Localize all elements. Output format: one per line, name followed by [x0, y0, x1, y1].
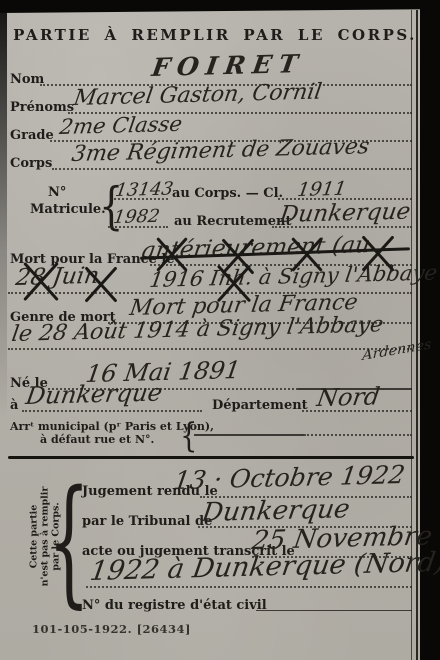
- arr-line-dots: [304, 434, 412, 436]
- scan-top-edge: [0, 0, 440, 13]
- crossout-mark-5: [16, 262, 66, 298]
- lieu-label: à: [10, 398, 18, 413]
- imprint-reference: 101-105-1922. [26434]: [32, 622, 191, 636]
- matricule-label-line1: N°: [48, 185, 66, 200]
- jugement-side-note-line1: Cette partie: [29, 462, 40, 612]
- matricule-classe-value: 1911: [296, 178, 348, 201]
- arr-brace: {: [180, 416, 197, 456]
- card-title: PARTIE À REMPLIR PAR LE CORPS.: [0, 26, 430, 44]
- prenoms-value: Marcel Gaston, Cornil: [72, 80, 323, 111]
- crossout-mark-1: [150, 238, 194, 268]
- matricule-recrutement-place: Dunkerque: [278, 199, 412, 228]
- departement-label: Département: [212, 398, 308, 413]
- crossout-mark-6: [78, 266, 124, 300]
- matricule-corps-value: 13143: [114, 179, 175, 201]
- crossout-mark-4: [355, 236, 401, 268]
- scanned-death-record-card: PARTIE À REMPLIR PAR LE CORPS. Nom FOIRE…: [0, 0, 440, 660]
- prenoms-label: Prénoms: [10, 100, 74, 115]
- registre-label: N° du registre d'état civil: [82, 598, 267, 613]
- registre-line: [256, 610, 412, 611]
- arr-label-line2: à défaut rue et N°.: [40, 433, 154, 446]
- departement-value: Nord: [315, 382, 382, 412]
- matricule-label-line2: Matricule.: [30, 202, 106, 217]
- jugement-tribunal-label: par le Tribunal de: [82, 514, 212, 529]
- jugement-rendu-value: 13 · Octobre 1922: [172, 460, 407, 495]
- section-divider: [8, 456, 414, 459]
- scan-left-edge: [0, 0, 7, 420]
- jugement-tribunal-value: Dunkerque: [200, 494, 352, 528]
- lieu-line: [22, 410, 202, 412]
- lieu-value: Dunkerque: [24, 378, 164, 410]
- jugement-transcrit-line2: [86, 586, 412, 588]
- matricule-corps-text: au Corps. — Cl.: [172, 186, 283, 201]
- grade-label: Grade: [10, 128, 54, 143]
- genre-line2: [8, 348, 412, 350]
- corps-label: Corps: [10, 156, 52, 171]
- matricule-recrutement-value: 1982: [112, 206, 161, 228]
- nom-value: FOIRET: [150, 49, 307, 82]
- arr-line-solid: [194, 434, 304, 436]
- grade-value: 2me Classe: [58, 112, 184, 139]
- corps-line: [52, 168, 412, 170]
